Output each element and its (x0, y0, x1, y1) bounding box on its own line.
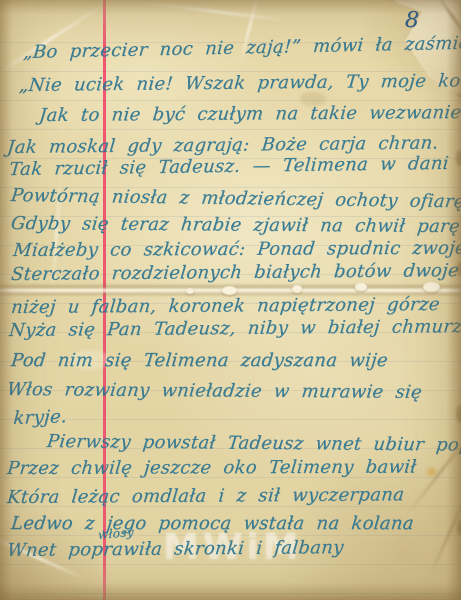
manuscript-page: MWiM 8 „Bo przecier noc nie zają!” mówi … (0, 0, 461, 600)
page-number: 8 (404, 8, 419, 34)
worn-hole (222, 286, 237, 295)
handwritten-line: Pierwszy powstał Tadeusz wnet ubiur popr… (46, 433, 461, 455)
handwritten-line: Sterczało rozdzielonych białych botów dw… (10, 262, 460, 284)
ink-stain (427, 468, 436, 476)
handwritten-line: „Nie uciek nie! Wszak prawda, Ty moje ko… (18, 72, 461, 95)
handwritten-line: Gdyby się teraz hrabie zjawił na chwił p… (10, 215, 461, 236)
handwritten-line: Która leżąc omdlała i z sił wyczerpana (6, 486, 405, 507)
handwritten-line: Włos rozwiany wnieładzie w murawie się (6, 381, 423, 402)
handwritten-line: Pod nim się Telimena zadyszana wije (10, 352, 389, 370)
edge-notch (456, 405, 461, 423)
edge-notch (457, 520, 461, 535)
handwritten-line: niżej u falban, koronek napiętrzonej gór… (10, 296, 440, 317)
edge-notch (456, 150, 461, 166)
handwritten-line: Ledwo z jego pomocą wstała na kolana (10, 515, 415, 533)
worn-hole (355, 283, 367, 291)
worn-hole (423, 282, 440, 292)
handwritten-line: kryje. (13, 408, 68, 428)
handwritten-line: Wnet poprawiła skronki i falbany (6, 539, 344, 560)
worn-hole (186, 288, 194, 294)
handwritten-line: Nyża się Pan Tadeusz, niby w białej chmu… (8, 318, 461, 340)
handwritten-line: Jak to nie być czułym na takie wezwanie … (38, 104, 461, 125)
handwritten-line: Przez chwilę jeszcze oko Telimeny bawił (6, 459, 417, 478)
worn-hole (292, 285, 302, 293)
handwritten-line: Miałżeby co szkicować: Ponad spudnic zwo… (12, 240, 461, 260)
